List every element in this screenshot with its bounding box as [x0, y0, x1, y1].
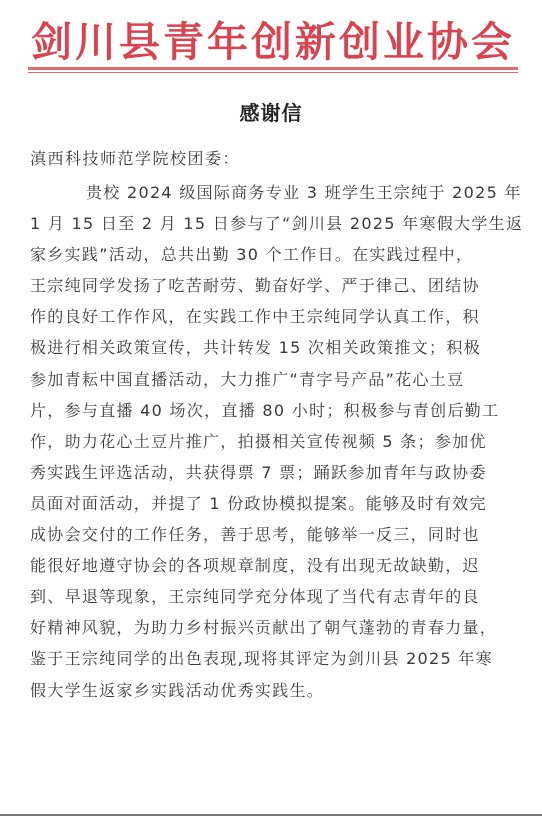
body-line: 1 月 15 日至 2 月 15 日参与了“剑川县 2025 年寒假大学生返: [30, 208, 520, 239]
body-line: 到、早退等现象，王宗纯同学充分体现了当代有志青年的良: [30, 581, 520, 612]
body-line: 鉴于王宗纯同学的出色表现,现将其评定为剑川县 2025 年寒: [30, 643, 520, 674]
letterhead-organization-name: 剑川县青年创新创业协会: [28, 18, 518, 66]
body-line: 员面对面活动，并提了 1 份政协模拟提案。能够及时有效完: [30, 488, 520, 519]
body-line: 成协会交付的工作任务，善于思考，能够举一反三，同时也: [30, 519, 520, 550]
body-line: 贵校 2024 级国际商务专业 3 班学生王宗纯于 2025 年: [30, 177, 520, 208]
body-line: 片，参与直播 40 场次，直播 80 小时；积极参与青创后勤工: [30, 395, 520, 426]
letterhead-rule-thin: [28, 72, 518, 73]
body-line: 王宗纯同学发扬了吃苦耐劳、勤奋好学、严于律己、团结协: [30, 270, 520, 301]
salutation: 滇西科技师范学院校团委：: [30, 146, 240, 169]
body-line: 极进行相关政策宣传，共计转发 15 次相关政策推文；积极: [30, 332, 520, 363]
body-line: 作的良好工作作风，在实践工作中王宗纯同学认真工作，积: [30, 301, 520, 332]
body-line: 能很好地遵守协会的各项规章制度，没有出现无故缺勤，迟: [30, 550, 520, 581]
body-line: 秀实践生评选活动，共获得票 7 票；踊跃参加青年与政协委: [30, 457, 520, 488]
letter-page: 剑川县青年创新创业协会 感谢信 滇西科技师范学院校团委： 贵校 2024 级国际…: [0, 0, 542, 816]
body-line: 作，助力花心土豆片推广，拍摄相关宣传视频 5 条；参加优: [30, 426, 520, 457]
letter-body: 贵校 2024 级国际商务专业 3 班学生王宗纯于 2025 年 1 月 15 …: [30, 177, 520, 706]
body-line: 参加青耘中国直播活动，大力推广“青字号产品”花心土豆: [30, 364, 520, 395]
letterhead-rule-thick: [28, 67, 518, 70]
body-line: 好精神风貌，为助力乡村振兴贡献出了朝气蓬勃的青春力量，: [30, 612, 520, 643]
document-title: 感谢信: [0, 97, 542, 126]
body-line: 家乡实践”活动，总共出勤 30 个工作日。在实践过程中，: [30, 239, 520, 270]
body-line: 假大学生返家乡实践活动优秀实践生。: [30, 675, 520, 706]
